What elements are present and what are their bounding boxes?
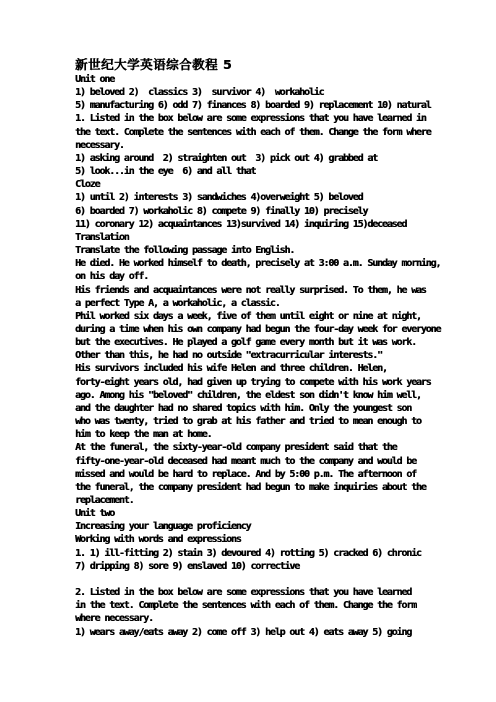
text-line: 1) wears away/eats away 2) come off 3) h… (75, 626, 460, 639)
text-line: during a time when his own company had b… (75, 323, 460, 336)
text-line: him to keep the man at home. (75, 428, 460, 441)
text-line: 1. Listed in the box below are some expr… (75, 112, 460, 125)
text-line: ago. Among his "beloved" children, the e… (75, 389, 460, 402)
text-line (75, 573, 460, 586)
document-page: 新世纪大学英语综合教程 5 Unit one1) beloved 2) clas… (0, 0, 496, 702)
text-line: At the funeral, the sixty-year-old compa… (75, 441, 460, 454)
text-line: Unit one (75, 73, 460, 86)
text-line: 6) boarded 7) workaholic 8) compete 9) f… (75, 205, 460, 218)
text-line: the funeral, the company president had b… (75, 481, 460, 494)
text-line: 5) look...in the eye 6) and all that (75, 165, 460, 178)
text-line: Other than this, he had no outside "extr… (75, 349, 460, 362)
text-line: in the text. Complete the sentences with… (75, 599, 460, 612)
text-line: and the daughter had no shared topics wi… (75, 402, 460, 415)
text-line: 1) beloved 2) classics 3) survivor 4) wo… (75, 86, 460, 99)
text-line: His survivors included his wife Helen an… (75, 362, 460, 375)
text-line: 5) manufacturing 6) odd 7) finances 8) b… (75, 99, 460, 112)
text-line: the text. Complete the sentences with ea… (75, 126, 460, 139)
text-line: necessary. (75, 139, 460, 152)
text-line: Phil worked six days a week, five of the… (75, 310, 460, 323)
text-line: 1) asking around 2) straighten out 3) pi… (75, 152, 460, 165)
text-line: His friends and acquaintances were not r… (75, 284, 460, 297)
text-line: Unit two (75, 507, 460, 520)
document-body: Unit one1) beloved 2) classics 3) surviv… (75, 73, 460, 639)
text-line: replacement. (75, 494, 460, 507)
text-line: Increasing your language proficiency (75, 520, 460, 533)
text-line: who was twenty, tried to grab at his fat… (75, 415, 460, 428)
text-line: 2. Listed in the box below are some expr… (75, 586, 460, 599)
text-line: He died. He worked himself to death, pre… (75, 257, 460, 270)
text-line: Translation (75, 231, 460, 244)
text-line: forty-eight years old, had given up tryi… (75, 376, 460, 389)
text-line: 1. 1) ill-fitting 2) stain 3) devoured 4… (75, 547, 460, 560)
text-line: 11) coronary 12) acquaintances 13)surviv… (75, 218, 460, 231)
text-line: a perfect Type A, a workaholic, a classi… (75, 297, 460, 310)
text-line: Working with words and expressions (75, 533, 460, 546)
document-title: 新世纪大学英语综合教程 5 (75, 56, 460, 73)
text-line: fifty-one-year-old deceased had meant mu… (75, 455, 460, 468)
text-line: 1) until 2) interests 3) sandwiches 4)ov… (75, 191, 460, 204)
text-line: Translate the following passage into Eng… (75, 244, 460, 257)
text-line: 7) dripping 8) sore 9) enslaved 10) corr… (75, 560, 460, 573)
text-line: Cloze (75, 178, 460, 191)
text-line: but the executives. He played a golf gam… (75, 336, 460, 349)
text-line: where necessary. (75, 612, 460, 625)
text-line: on his day off. (75, 270, 460, 283)
text-line: missed and would be hard to replace. And… (75, 468, 460, 481)
